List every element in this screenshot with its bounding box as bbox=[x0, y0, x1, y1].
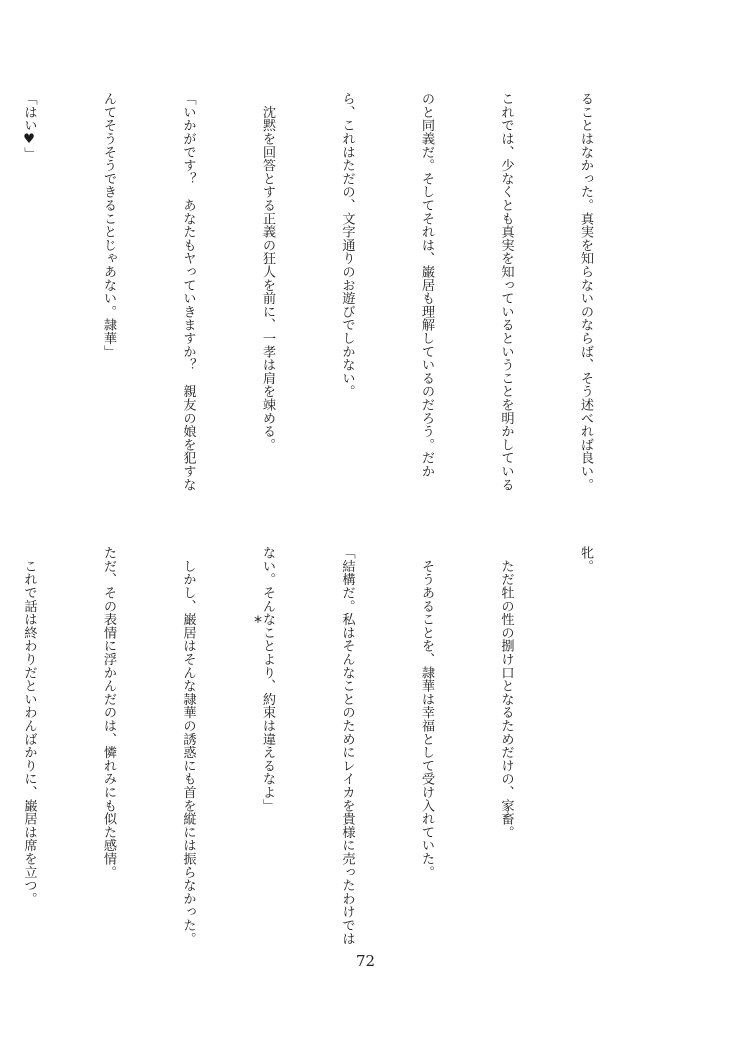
text-line: 沈黙を回答とする正義の狂人を前に、一孝は肩を竦める。 bbox=[254, 92, 281, 492]
text-line: ただ牡の性の捌け口となるためだけの、家畜。 bbox=[492, 546, 519, 946]
text-line: ただ、その表情に浮かんだのは、憐れみにも似た感情。 bbox=[95, 546, 122, 946]
text-line: 牝。 bbox=[572, 546, 599, 946]
text-line: これでは、少なくとも真実を知っているということを明かしている bbox=[492, 92, 519, 492]
text-line: ることはなかった。真実を知らないのならば、そう述べれば良い。 bbox=[572, 92, 599, 492]
text-line: 「いかがです？ あなたもヤっていきますか？ 親友の娘を犯すな bbox=[174, 92, 201, 492]
text-line: そうあることを、隷華は幸福として受け入れていた。 bbox=[413, 546, 440, 946]
text-line: しかし、巌居はそんな隷華の誘惑にも首を縦には振らなかった。 bbox=[174, 546, 201, 946]
text-block-top: ることはなかった。真実を知らないのならば、そう述べれば良い。 これでは、少なくと… bbox=[0, 92, 651, 492]
text-line: これで話は終わりだといわんばかりに、巌居は席を立つ。 bbox=[15, 546, 42, 946]
text-line: 「はい♥」 bbox=[15, 92, 42, 492]
text-line: ら、これはただの、文字通りのお遊びでしかない。 bbox=[333, 92, 360, 492]
text-block-bottom: 牝。 ただ牡の性の捌け口となるためだけの、家畜。 そうあることを、隷華は幸福とし… bbox=[0, 546, 651, 946]
text-line: ない。そんなことより、約束は違えるなよ」 bbox=[254, 546, 281, 946]
text-line: のと同義だ。そしてそれは、巌居も理解しているのだろう。だか bbox=[413, 92, 440, 492]
scene-break-asterisk: * bbox=[254, 612, 262, 631]
text-line: んてそうそうできることじゃあない。隷華」 bbox=[95, 92, 122, 492]
text-line: 「結構だ。私はそんなことのためにレイカを貴様に売ったわけでは bbox=[333, 546, 360, 946]
page-number: 72 bbox=[356, 952, 375, 970]
